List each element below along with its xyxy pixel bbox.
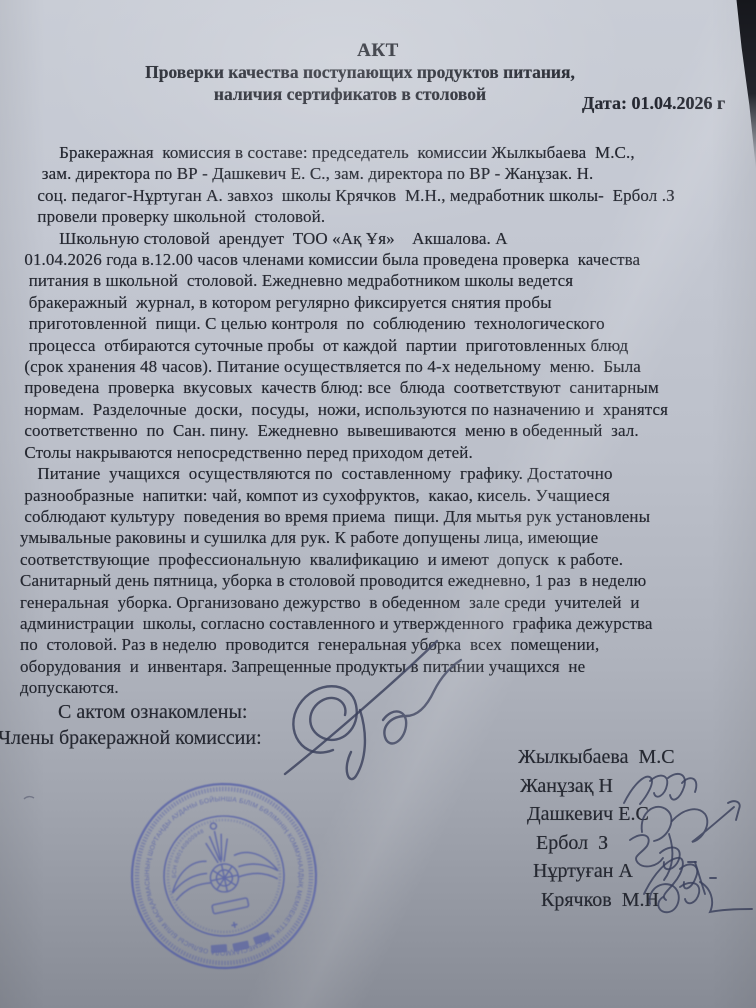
body-text-line: администрации школы, согласно составленн… [20, 613, 756, 634]
body-text-line: Санитарный день пятница, уборка в столов… [20, 570, 756, 591]
signatory-name: Нұртуған А [533, 857, 675, 886]
stray-pen-mark [22, 793, 36, 803]
stamp-emblem [160, 812, 288, 939]
body-text-line: Бракеражная комиссия в составе: председа… [20, 142, 756, 163]
closing-members-line: Члены бракеражной комиссии: [0, 727, 262, 750]
body-text-line: зам. директора по ВР - Дашкевич Е. С., з… [20, 163, 756, 184]
body-text-line: провели проверку школьной столовой. [20, 206, 756, 227]
body-text-line: оборудования и инвентаря. Запрещенные пр… [20, 656, 756, 677]
body-text-line: Питание учащихся осуществляются по соста… [20, 463, 756, 484]
document-body: Бракеражная комиссия в составе: председа… [20, 142, 756, 699]
body-text-line: Школьную столовой арендует ТОО «Ақ Ұя» А… [20, 228, 756, 249]
body-text-line: питания в школьной столовой. Ежедневно м… [20, 270, 756, 291]
document-date: Дата: 01.04.2026 г [582, 93, 725, 114]
svg-text:БСН 860140900948: БСН 860140900948 [163, 828, 213, 879]
closing-acquainted-line: С актом ознакомлены: [58, 701, 247, 724]
school-round-stamp: АҚМОЛА ОБЛЫСЫ БІЛІМ БАСҚАРМАСЫНЫҢ ШОРТАН… [108, 760, 340, 992]
signatory-name: Ербол З [536, 829, 675, 858]
signatory-name: Крячков М.Н [541, 886, 675, 915]
body-text-line: (срок хранения 48 часов). Питание осущес… [20, 356, 756, 377]
body-text-line: проведена проверка вкусовых качеств блюд… [20, 377, 756, 398]
body-text-line: соответственно по Сан. пину. Ежедневно в… [20, 420, 756, 441]
body-text-line: соц. педагог-Нұртуган А. завхоз школы Кр… [20, 185, 756, 206]
signatory-name: Жанұзақ Н [520, 772, 675, 801]
signatories-list: Жылкыбаева М.СЖанұзақ НДашкевич Е.СЕрбол… [518, 743, 675, 915]
document-subtitle-line1: Проверки качества поступающих продуктов … [0, 62, 720, 83]
body-text-line: разнообразные напитки: чай, компот из су… [20, 485, 756, 506]
body-text-line: бракеражный журнал, в котором регулярно … [20, 292, 756, 313]
stamp-inner-text: БСН 860140900948 [163, 828, 213, 879]
document-photo: АКТ Проверки качества поступающих продук… [0, 0, 756, 1008]
body-text-line: 01.04.2026 года в.12.00 часов членами ко… [20, 249, 756, 270]
body-text-line: соблюдают культуру поведения во время пр… [20, 506, 756, 527]
body-text-line: умывальные раковины и сушилка для рук. К… [20, 527, 756, 548]
body-text-line: по столовой. Раз в неделю проводится ген… [20, 634, 756, 655]
body-text-line: соответствующие профессиональную квалифи… [20, 549, 756, 570]
body-text-line: Столы накрываются непосредственно перед … [20, 442, 756, 463]
body-text-line: генеральная уборка. Организовано дежурст… [20, 592, 756, 613]
act-document-page: АКТ Проверки качества поступающих продук… [0, 0, 756, 1008]
body-text-line: приготовленной пищи. С целью контроля по… [20, 313, 756, 334]
body-text-line: нормам. Разделочные доски, посуды, ножи,… [20, 399, 756, 420]
document-title: АКТ [0, 40, 756, 62]
signatory-name: Дашкевич Е.С [527, 800, 675, 829]
body-text-line: допускаются. [20, 677, 756, 698]
body-text-line: процесса отбираются суточные пробы от ка… [20, 335, 756, 356]
signatory-name: Жылкыбаева М.С [518, 743, 675, 772]
